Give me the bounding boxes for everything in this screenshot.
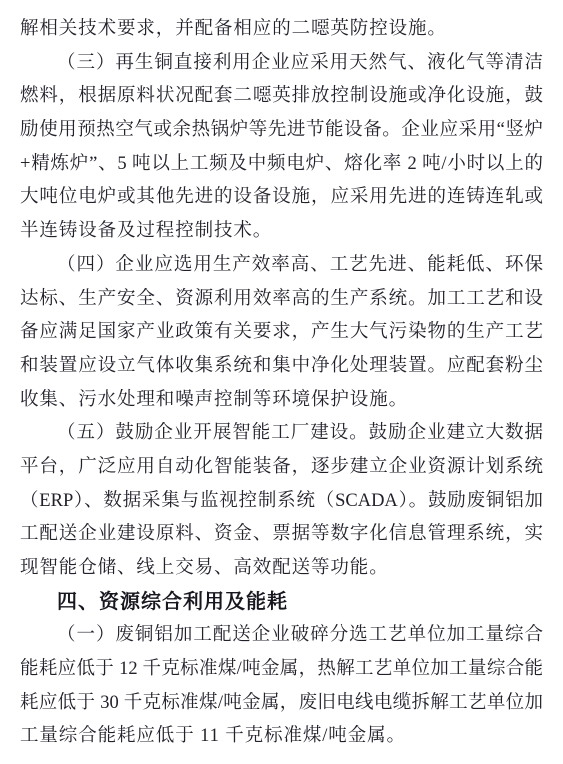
text-line: 能耗应低于 12 千克标准煤/吨金属，热解工艺单位加工量综合能 xyxy=(20,653,543,687)
text-line: （一）废铜铝加工配送企业破碎分选工艺单位加工量综合 xyxy=(20,619,543,653)
document-text-block: 解相关技术要求，并配备相应的二噁英防控设施。（三）再生铜直接利用企业应采用天然气… xyxy=(20,0,543,754)
text-line: 现智能仓储、线上交易、高效配送等功能。 xyxy=(20,552,543,586)
text-line: （ERP）、数据采集与监视控制系统（SCADA）。鼓励废铜铝加 xyxy=(20,485,543,519)
text-line: 大吨位电炉或其他先进的设备设施，应采用先进的连铸连轧或 xyxy=(20,181,543,215)
text-line: 半连铸设备及过程控制技术。 xyxy=(20,215,543,249)
text-line: 励使用预热空气或余热锅炉等先进节能设备。企业应采用“竖炉 xyxy=(20,114,543,148)
text-line: 收集、污水处理和噪声控制等环境保护设施。 xyxy=(20,384,543,418)
text-line: 耗应低于 30 千克标准煤/吨金属，废旧电线电缆拆解工艺单位加 xyxy=(20,687,543,721)
text-line: （五）鼓励企业开展智能工厂建设。鼓励企业建立大数据 xyxy=(20,417,543,451)
text-line: 平台，广泛应用自动化智能装备，逐步建立企业资源计划系统 xyxy=(20,451,543,485)
text-line: 解相关技术要求，并配备相应的二噁英防控设施。 xyxy=(20,13,543,47)
text-line: 燃料，根据原料状况配套二噁英排放控制设施或净化设施，鼓 xyxy=(20,80,543,114)
document-page: 解相关技术要求，并配备相应的二噁英防控设施。（三）再生铜直接利用企业应采用天然气… xyxy=(0,0,563,764)
text-line: （四）企业应选用生产效率高、工艺先进、能耗低、环保 xyxy=(20,249,543,283)
text-line: 和装置应设立气体收集系统和集中净化处理装置。应配套粉尘 xyxy=(20,350,543,384)
text-line: +精炼炉”、5 吨以上工频及中频电炉、熔化率 2 吨/小时以上的 xyxy=(20,148,543,182)
text-line: 工量综合能耗应低于 11 千克标准煤/吨金属。 xyxy=(20,720,543,754)
text-line: 工配送企业建设原料、资金、票据等数字化信息管理系统，实 xyxy=(20,518,543,552)
text-line: 达标、生产安全、资源利用效率高的生产系统。加工工艺和设 xyxy=(20,283,543,317)
text-line: 备应满足国家产业政策有关要求，产生大气污染物的生产工艺 xyxy=(20,316,543,350)
section-heading: 四、资源综合利用及能耗 xyxy=(20,586,543,620)
text-line: （三）再生铜直接利用企业应采用天然气、液化气等清洁 xyxy=(20,47,543,81)
